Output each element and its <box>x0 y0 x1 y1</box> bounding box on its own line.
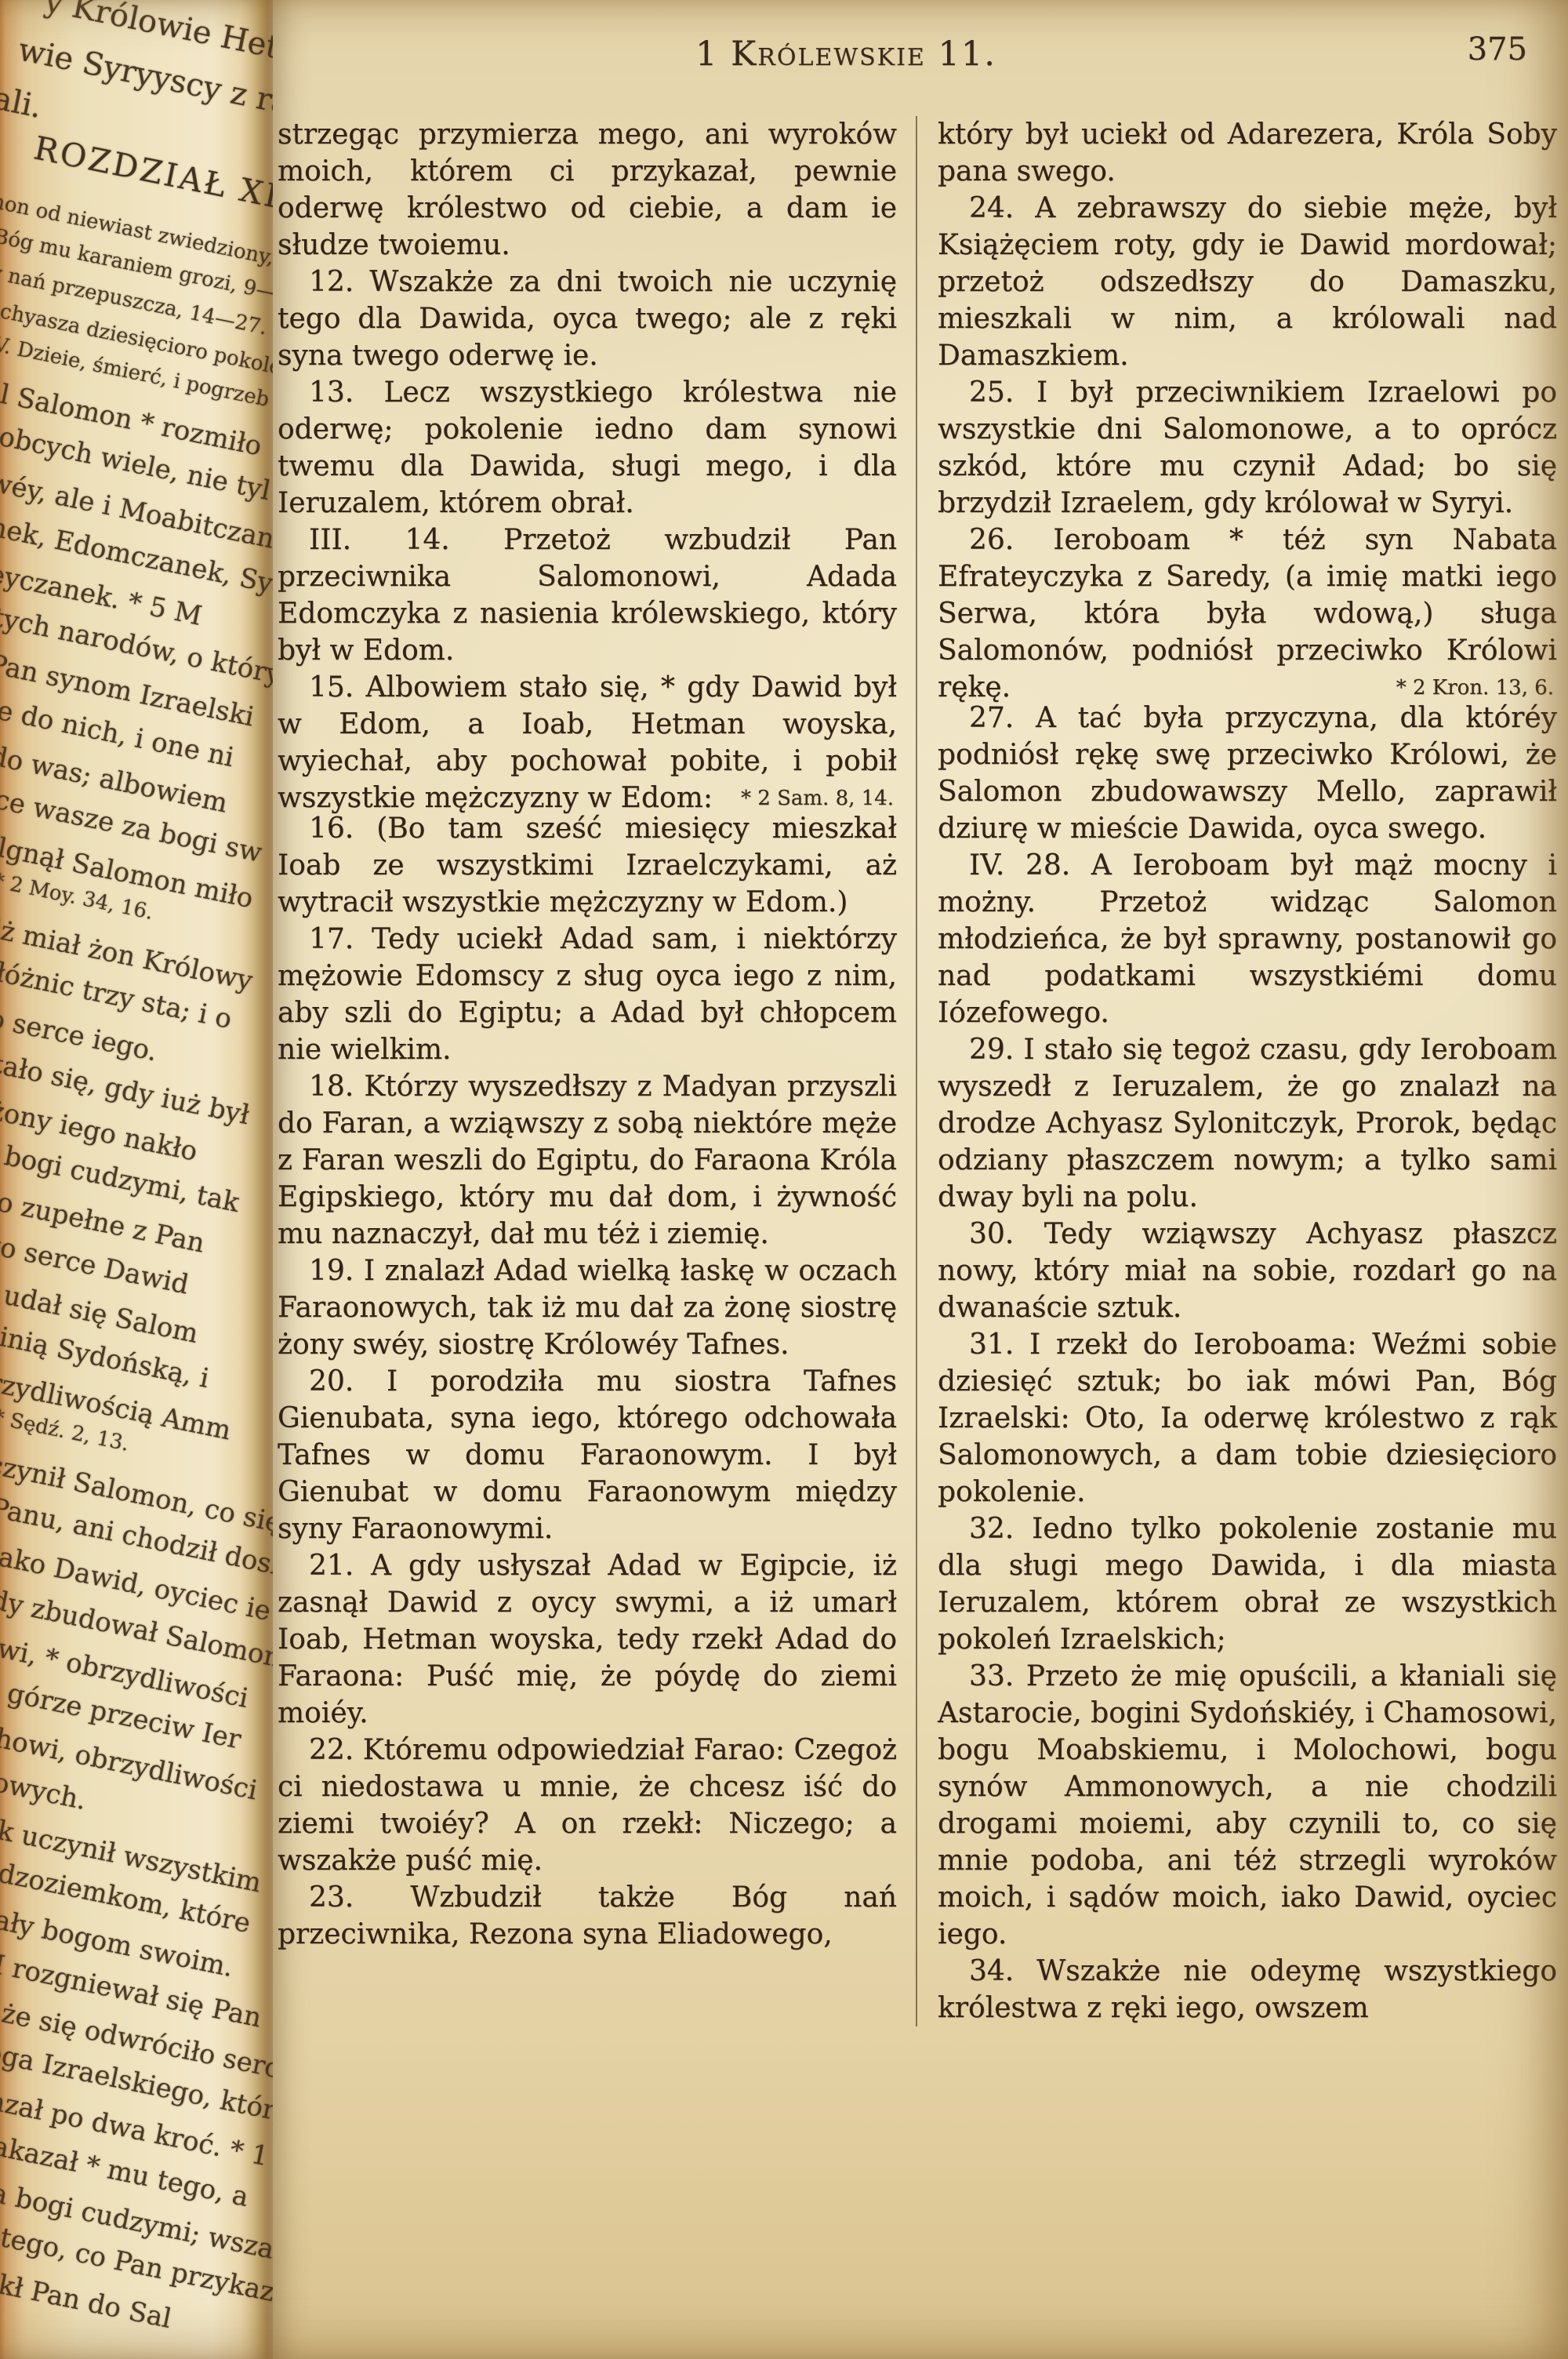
page-header: 1 Królewskie 11. 375 <box>273 0 1568 110</box>
column-right: który był uciekł od Adarezera, Króla Sob… <box>917 116 1557 2026</box>
verse: 22. Któremu odpowiedział Farao: Czegoż c… <box>278 1732 897 1879</box>
verse: III. 14. Przetoż wzbudził Pan przeciwnik… <box>278 522 897 669</box>
verse: 23. Wzbudził także Bóg nań przeciwnika, … <box>278 1879 897 1953</box>
verse: 12. Wszakże za dni twoich nie uczynię te… <box>278 264 897 374</box>
scripture-reference: * 2 Kron. 13, 6. <box>938 676 1557 700</box>
verse: 32. Iedno tylko pokolenie zostanie mu dl… <box>938 1510 1557 1658</box>
verse: 29. I stało się tegoż czasu, gdy Ieroboa… <box>938 1031 1557 1216</box>
page-number: 375 <box>1468 31 1527 67</box>
fragment-text-line: ali. <box>0 80 45 125</box>
verse: 34. Wszakże nie odeymę wszystkiego króle… <box>938 1953 1557 2026</box>
text-columns: strzegąc przymierza mego, ani wyroków mo… <box>278 116 1557 2026</box>
verse: 26. Ieroboam * téż syn Nabata Efrateyczy… <box>938 522 1557 700</box>
verse: który był uciekł od Adarezera, Króla Sob… <box>938 116 1557 190</box>
left-page-fragment: y Królowie Hettewie Syryyscy z rąk ichal… <box>0 0 273 2359</box>
right-page: 1 Królewskie 11. 375 strzegąc przymierza… <box>273 0 1568 2359</box>
verse: 33. Przeto że mię opuścili, a kłaniali s… <box>938 1658 1557 1953</box>
verse: 20. I porodziła mu siostra Tafnes Gienub… <box>278 1363 897 1547</box>
page-title: 1 Królewskie 11. <box>198 35 1494 74</box>
book-page-photo: y Królowie Hettewie Syryyscy z rąk ichal… <box>0 0 1568 2359</box>
verse: 17. Tedy uciekł Adad sam, i niektórzy mę… <box>278 921 897 1068</box>
verse: strzegąc przymierza mego, ani wyroków mo… <box>278 116 897 264</box>
verse: IV. 28. A Ieroboam był mąż mocny i możny… <box>938 847 1557 1031</box>
column-left: strzegąc przymierza mego, ani wyroków mo… <box>278 116 917 2026</box>
verse: 30. Tedy wziąwszy Achyasz płaszcz nowy, … <box>938 1216 1557 1326</box>
scripture-reference: * 2 Sam. 8, 14. <box>278 787 897 810</box>
verse: 21. A gdy usłyszał Adad w Egipcie, iż za… <box>278 1547 897 1732</box>
verse: 31. I rzekł do Ieroboama: Weźmi sobie dz… <box>938 1326 1557 1510</box>
verse: 15. Albowiem stało się, * gdy Dawid był … <box>278 669 897 810</box>
verse: 19. I znalazł Adad wielką łaskę w oczach… <box>278 1252 897 1363</box>
verse: 18. Którzy wyszedłszy z Madyan przyszli … <box>278 1068 897 1252</box>
verse: 16. (Bo tam sześć miesięcy mieszkał Ioab… <box>278 810 897 921</box>
verse: 25. I był przeciwnikiem Izraelowi po wsz… <box>938 374 1557 522</box>
verse: 24. A zebrawszy do siebie męże, był Ksią… <box>938 190 1557 374</box>
verse: 27. A tać była przyczyna, dla któréy pod… <box>938 700 1557 847</box>
verse: 13. Lecz wszystkiego królestwa nie oderw… <box>278 374 897 522</box>
